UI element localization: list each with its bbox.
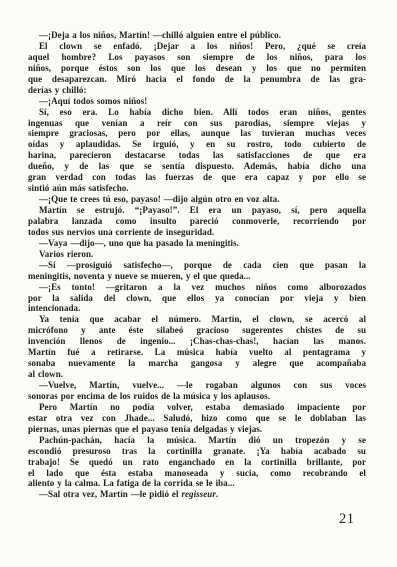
text-line: harina, parecieron destacarse todas las … bbox=[28, 150, 366, 161]
text-line: gran verdad con todas las fuerzas de que… bbox=[28, 172, 366, 183]
text-line: —¡Aquí todos somos niños! bbox=[28, 96, 366, 107]
text-line: al clown. bbox=[28, 369, 366, 380]
text-line: sintió aún más satisfecho. bbox=[28, 183, 366, 194]
text-line: niños, porque éstos son los que los dese… bbox=[28, 63, 366, 74]
text-line: palabra lanzada como insulto pareció con… bbox=[28, 216, 366, 227]
text-line: —Sal otra vez, Martín —le pidió el regis… bbox=[28, 489, 366, 500]
book-page: —¡Deja a los niños, Martín! —chilló algu… bbox=[0, 0, 397, 567]
text-line: Pachún-pachán, hacía la música. Martín d… bbox=[28, 435, 366, 446]
text-line: Martín fué a retirarse. La música había … bbox=[28, 347, 366, 358]
text-line: —Vuelve, Martín, vuelve... —le rogaban a… bbox=[28, 380, 366, 391]
text-line: el lado que ésta estaba manoseada y suci… bbox=[28, 468, 366, 479]
text-line: invención llenos de ingenio... ¡Chas-cha… bbox=[28, 336, 366, 347]
text-line: todos sus nervios una corriente de inseg… bbox=[28, 227, 366, 238]
text-line: Pero Martín no podía volver, estaba dema… bbox=[28, 402, 366, 413]
text-line: por la salida del clown, que ellos ya co… bbox=[28, 293, 366, 304]
text-line: intencionada. bbox=[28, 303, 366, 314]
text-line: piernas, unas piernas que el payaso tení… bbox=[28, 424, 366, 435]
text-line: Varios rieron. bbox=[28, 249, 366, 260]
text-line: Ya tenía que acabar el número. Martín, e… bbox=[28, 314, 366, 325]
text-line: escondió presuroso tras la cortinilla gr… bbox=[28, 446, 366, 457]
text-line: estar otra vez con Jhade... Saludó, hizo… bbox=[28, 413, 366, 424]
text-line: ingenuas que venían a reír con sus parod… bbox=[28, 118, 366, 129]
text-line: Sí, eso era. Lo había dicho bien. Allí t… bbox=[28, 107, 366, 118]
text-line: micrófono y ante éste silabeó gracioso s… bbox=[28, 325, 366, 336]
text-line: aquel hombre? Los payasos son siempre de… bbox=[28, 52, 366, 63]
text-line: meningitis, noventa y nueve se mueren, y… bbox=[28, 271, 366, 282]
text-line: El clown se enfadó. ¡Dejar a los niños! … bbox=[28, 41, 366, 52]
text-line: —¡Es tonto! —gritaron a la vez muchos ni… bbox=[28, 282, 366, 293]
text-line: oídas y aplaudidas. Se irguió, y en su r… bbox=[28, 139, 366, 150]
text-line: siempre graciosas, pero por ellas, aunqu… bbox=[28, 128, 366, 139]
text-line: Martín se estrujó. “¡Payaso!”. El era un… bbox=[28, 205, 366, 216]
page-number: 21 bbox=[339, 511, 355, 528]
text-block: —¡Deja a los niños, Martín! —chilló algu… bbox=[28, 30, 366, 500]
text-line: que desaparezcan. Miró hacia el fondo de… bbox=[28, 74, 366, 85]
text-line: —¡Que te crees tú eso, payaso! —dijo alg… bbox=[28, 194, 366, 205]
text-line: sonoras por encima de los ruidos de la m… bbox=[28, 391, 366, 402]
text-line: dueño, y de las que se sentía dispuesto.… bbox=[28, 161, 366, 172]
text-line: derías y chilló: bbox=[28, 85, 366, 96]
text-line: —¡Deja a los niños, Martín! —chilló algu… bbox=[28, 30, 366, 41]
text-line: —Vaya —dijo—, uno que ha pasado la menin… bbox=[28, 238, 366, 249]
text-line: sonaba nuevamente la marcha gangosa y al… bbox=[28, 358, 366, 369]
text-line: aliento y la calma. La fatiga de la corr… bbox=[28, 478, 366, 489]
text-line: trabajo! Se quedó un rato enganchado en … bbox=[28, 457, 366, 468]
text-line: —Sí —prosiguió satisfecho—, porque de ca… bbox=[28, 260, 366, 271]
